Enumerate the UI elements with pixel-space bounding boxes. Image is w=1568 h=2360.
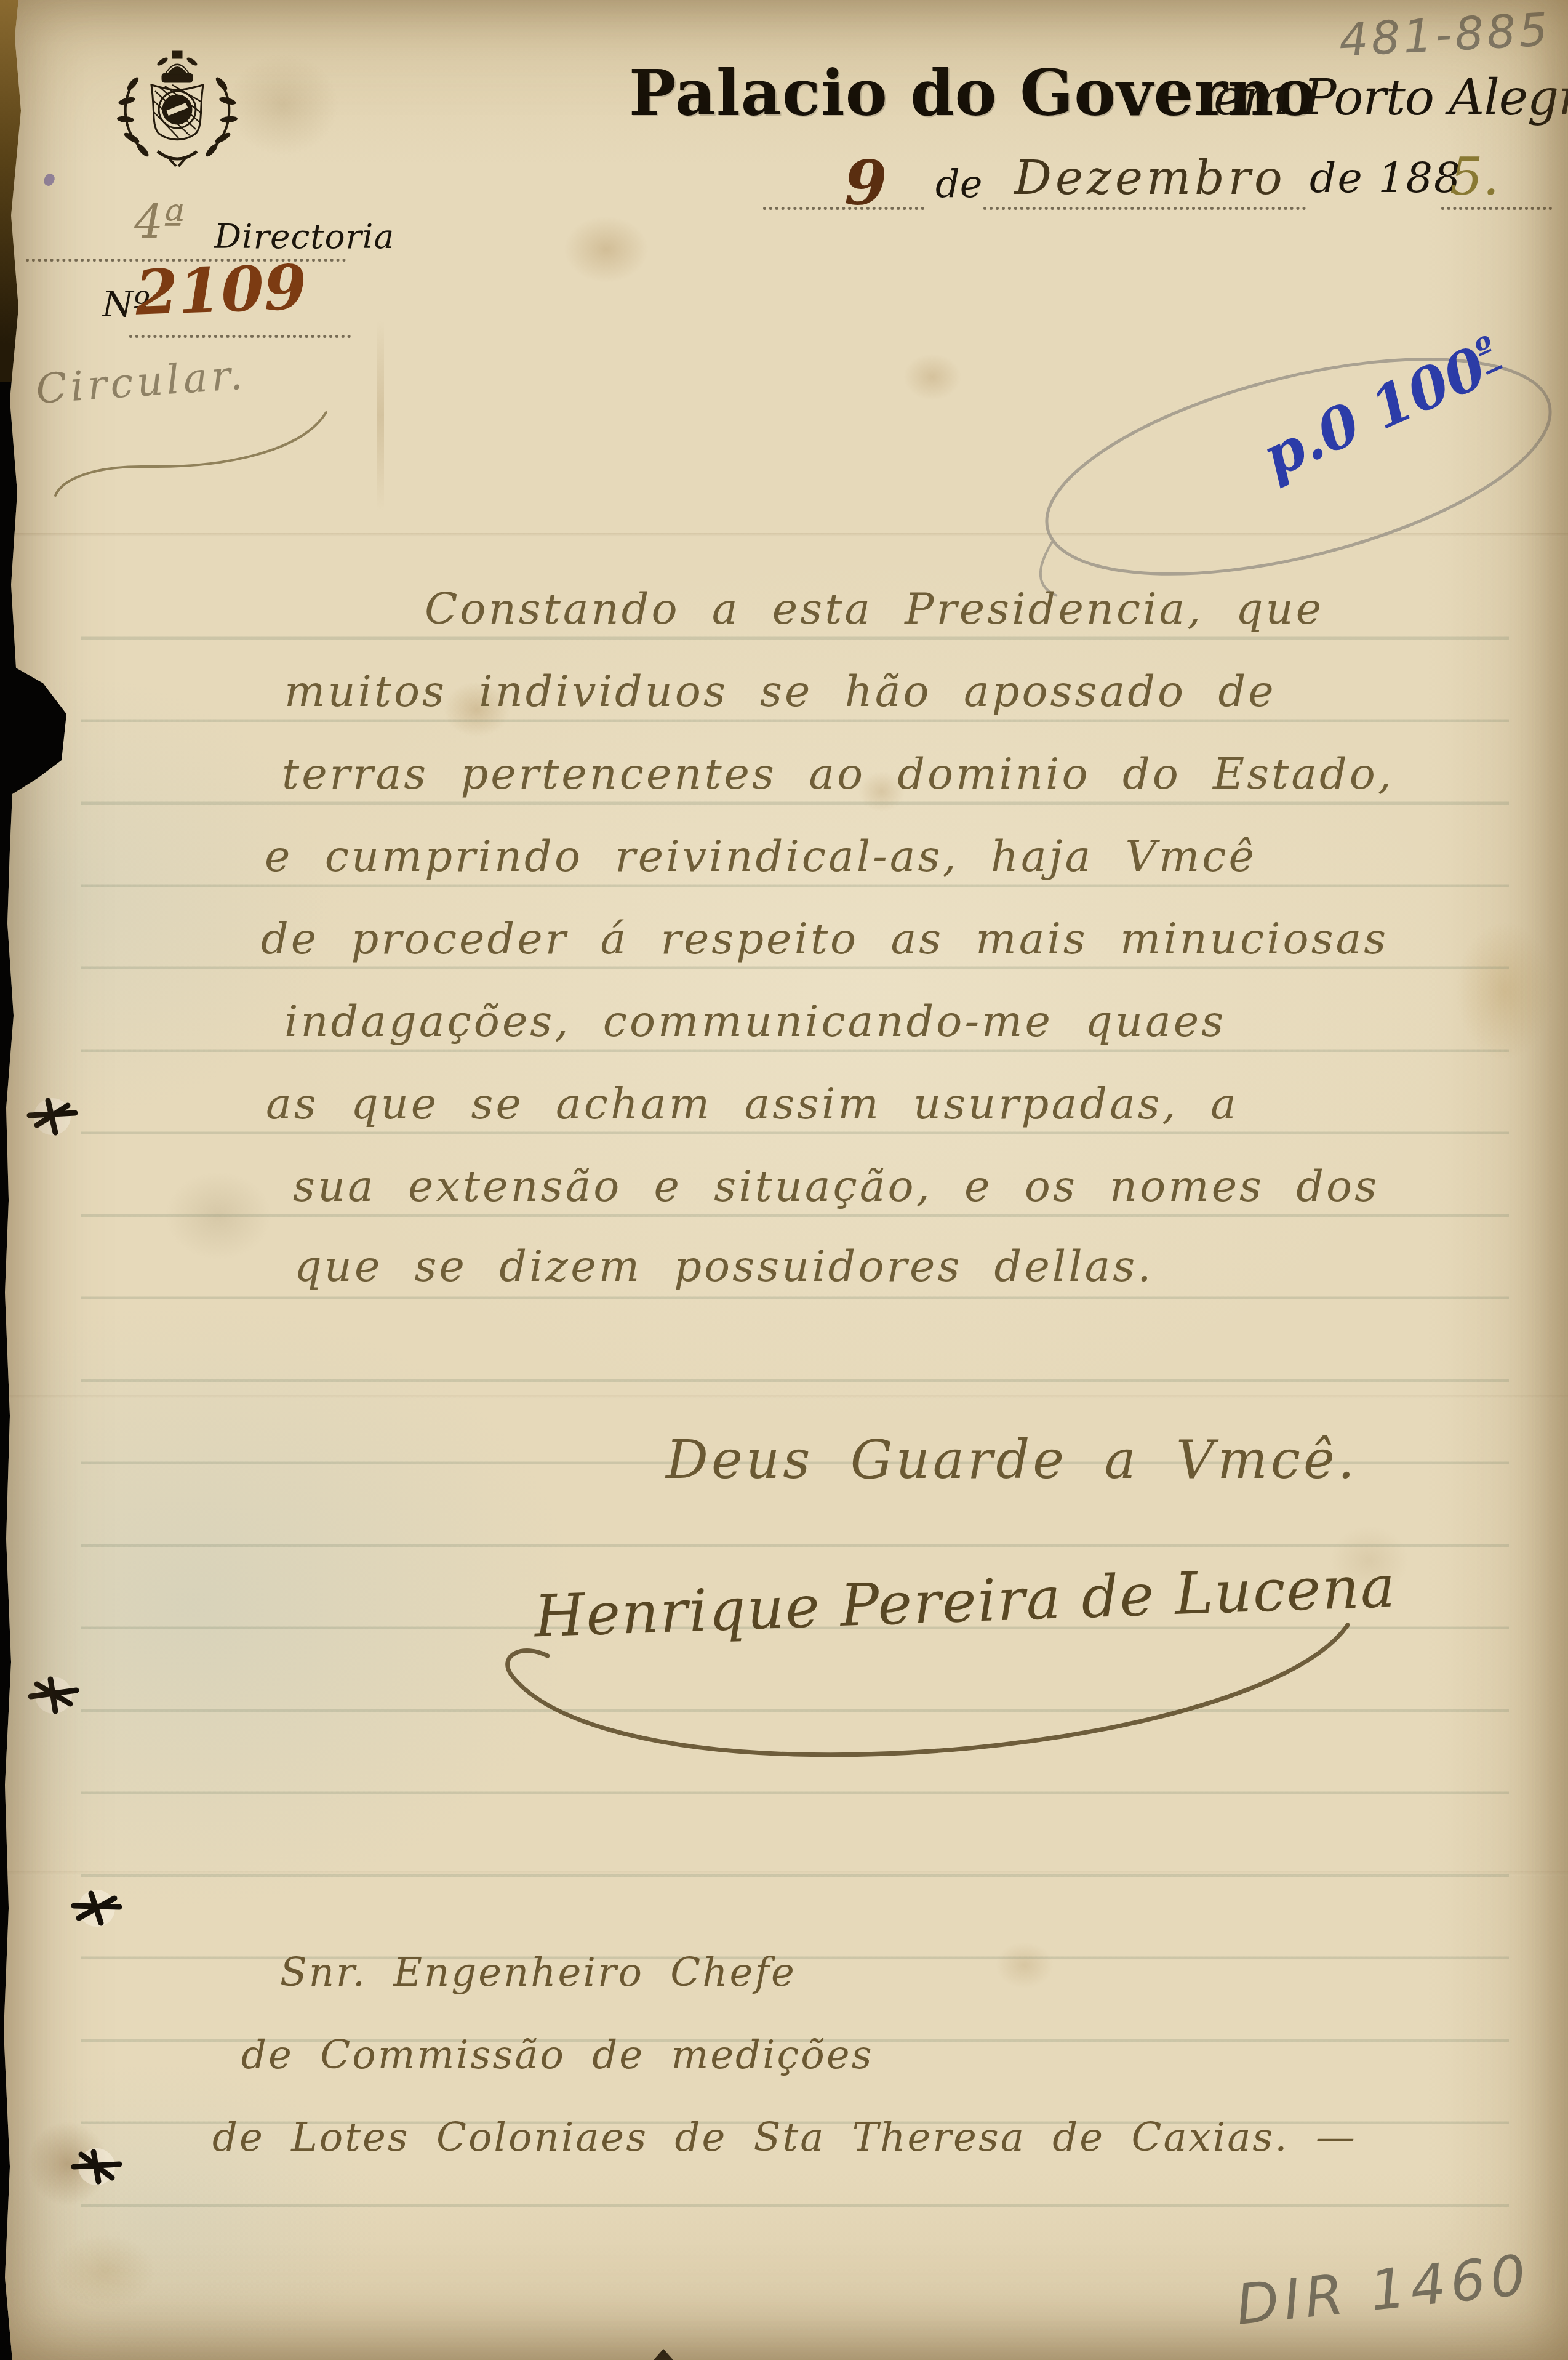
body-line: e cumprindo reivindical-as, haja Vmcê xyxy=(265,831,1257,881)
circular-flourish xyxy=(37,394,332,511)
recipient-line: Snr. Engenheiro Chefe xyxy=(280,1950,796,1996)
stain xyxy=(985,1933,1065,1997)
doc-number-value: 2109 xyxy=(134,251,308,329)
body-line: terras pertencentes ao dominio do Estado… xyxy=(282,749,1394,799)
doc-number-fill-line xyxy=(129,335,351,338)
recipient-line: de Commissão de medições xyxy=(241,2033,874,2078)
body-line: que se dizem possuidores dellas. xyxy=(294,1241,1154,1291)
pencil-reference: 481-885 xyxy=(1338,3,1552,67)
sewing-hole-icon xyxy=(69,2147,124,2189)
date-fill-line xyxy=(983,207,1306,210)
sewing-hole-icon xyxy=(26,1676,81,1717)
recipient-line: de Lotes Coloniaes de Sta Theresa de Cax… xyxy=(212,2115,1357,2161)
body-line: as que se acham assim usurpadas, a xyxy=(266,1078,1239,1129)
date-year-suffix: 5. xyxy=(1450,146,1499,207)
date-fill-line xyxy=(1441,207,1552,210)
fold-crease xyxy=(0,1395,1568,1399)
archive-reference: DIR 1460 xyxy=(1233,2242,1534,2338)
date-de2: de 188 xyxy=(1310,154,1462,203)
fold-crease xyxy=(377,320,384,511)
sewing-hole-icon xyxy=(69,1888,124,1930)
scanned-letter-page: Palacio do Governo em Porto Alegre, 9 de… xyxy=(0,0,1568,2360)
edge-notch xyxy=(654,2349,673,2360)
body-line: sua extensão e situação, e os nomes dos xyxy=(293,1161,1379,1211)
sewing-hole-icon xyxy=(25,1097,80,1139)
date-fill-line xyxy=(763,207,924,210)
imperial-coat-of-arms-icon xyxy=(103,48,251,174)
stain xyxy=(548,203,665,295)
stain xyxy=(148,1157,289,1274)
stain xyxy=(892,345,972,409)
stain xyxy=(1440,899,1568,1083)
ink-speck xyxy=(42,172,57,187)
signature-flourish xyxy=(474,1520,1409,1785)
stain xyxy=(37,2222,172,2321)
paper-sheet: Palacio do Governo em Porto Alegre, 9 de… xyxy=(0,0,1568,2360)
body-line: indagações, communicando-me quaes xyxy=(284,996,1226,1046)
date-de1: de xyxy=(935,161,982,206)
body-line: de proceder á respeito as mais minuciosa… xyxy=(261,913,1388,964)
directorate-number: 4ª xyxy=(134,196,185,249)
fold-crease xyxy=(0,1871,1568,1876)
closing-salutation: Deus Guarde a Vmcê. xyxy=(666,1429,1358,1491)
date-month: Dezembro xyxy=(1014,150,1286,205)
body-line: Constando a esta Presidencia, que xyxy=(425,584,1324,634)
letterhead-location: em Porto Alegre, xyxy=(1214,69,1568,126)
body-line: muitos individuos se hão apossado de xyxy=(284,666,1276,716)
